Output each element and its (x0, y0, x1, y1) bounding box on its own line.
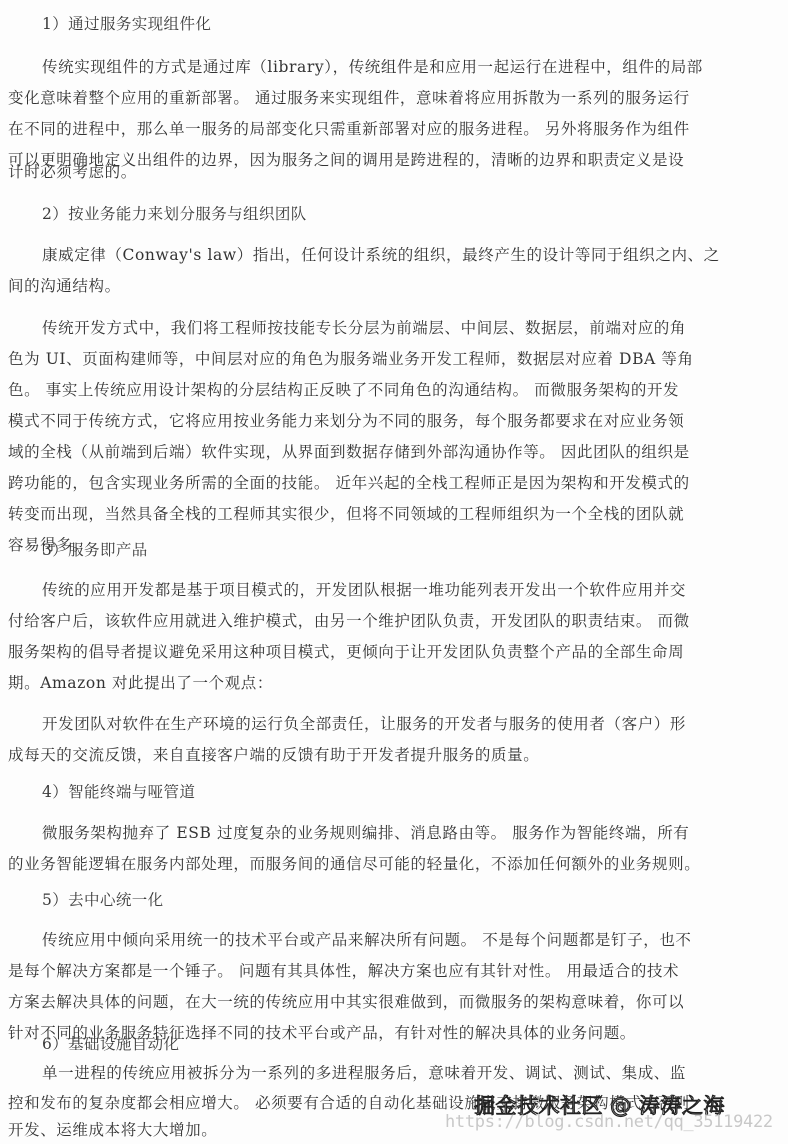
paragraph-line: 色为 UI、页面构建师等，中间层对应的角色为服务端业务开发工程师，数据层对应着 … (8, 349, 772, 369)
watermark-url: https://blog.csdn.net/qq_35119422 (445, 1112, 773, 1132)
section-heading-3: 3）服务即产品 (42, 540, 148, 560)
paragraph-line: 传统开发方式中，我们将工程师按技能专长分层为前端层、中间层、数据层，前端对应的角 (42, 318, 772, 338)
section-heading-6: 6）基础设施自动化 (42, 1034, 179, 1054)
paragraph-line: 服务架构的倡导者提议避免采用这种项目模式，更倾向于让开发团队负责整个产品的全部生… (8, 642, 772, 662)
paragraph-line: 色。 事实上传统应用设计架构的分层结构正反映了不同角色的沟通结构。 而微服务架构… (8, 380, 772, 400)
paragraph-line: 跨功能的，包含实现业务所需的全面的技能。 近年兴起的全栈工程师正是因为架构和开发… (8, 473, 772, 493)
paragraph-line: 变化意味着整个应用的重新部署。 通过服务来实现组件，意味着将应用拆散为一系列的服… (8, 88, 772, 108)
paragraph-line: 转变而出现，当然具备全栈的工程师其实很少，但将不同领域的工程师组织为一个全栈的团… (8, 504, 772, 524)
paragraph-line: 域的全栈（从前端到后端）软件实现，从界面到数据存储到外部沟通协作等。 因此团队的… (8, 442, 772, 462)
section-heading-2: 2）按业务能力来划分服务与组织团队 (42, 204, 307, 224)
scanned-book-page: 1）通过服务实现组件化 传统实现组件的方式是通过库（library），传统组件是… (0, 0, 788, 1144)
paragraph-line: 传统应用中倾向采用统一的技术平台或产品来解决所有问题。 不是每个问题都是钉子，也… (42, 930, 772, 950)
section-heading-5: 5）去中心统一化 (42, 890, 164, 910)
paragraph-line: 传统实现组件的方式是通过库（library），传统组件是和应用一起运行在进程中，… (42, 57, 772, 77)
paragraph-line: 单一进程的传统应用被拆分为一系列的多进程服务后，意味着开发、调试、测试、集成、监 (42, 1063, 772, 1083)
paragraph-line: 传统的应用开发都是基于项目模式的，开发团队根据一堆功能列表开发出一个软件应用并交 (42, 580, 772, 600)
paragraph-line: 康威定律（Conway's law）指出，任何设计系统的组织，最终产生的设计等同… (42, 245, 772, 265)
section-heading-1: 1）通过服务实现组件化 (42, 14, 211, 34)
paragraph-line: 期。Amazon 对此提出了一个观点： (8, 673, 772, 693)
quote-line: 成每天的交流反馈，来自直接客户端的反馈有助于开发者提升服务的质量。 (8, 745, 772, 765)
paragraph-line: 的业务智能逻辑在服务内部处理，而服务间的通信尽可能的轻量化，不添加任何额外的业务… (8, 854, 772, 874)
paragraph-line: 微服务架构抛弃了 ESB 过度复杂的业务规则编排、消息路由等。 服务作为智能终端… (42, 823, 772, 843)
section-heading-4: 4）智能终端与哑管道 (42, 782, 195, 802)
paragraph-line: 是每个解决方案都是一个锤子。 问题有其具体性，解决方案也应有其针对性。 用最适合… (8, 961, 772, 981)
paragraph-line: 间的沟通结构。 (8, 276, 772, 296)
quote-line: 开发团队对软件在生产环境的运行负全部责任，让服务的开发者与服务的使用者（客户）形 (42, 714, 772, 734)
paragraph-line: 计时必须考虑的。 (8, 162, 772, 182)
paragraph-line: 付给客户后，该软件应用就进入维护模式，由另一个维护团队负责，开发团队的职责结束。… (8, 611, 772, 631)
paragraph-line: 方案去解决具体的问题，在大一统的传统应用中其实很难做到，而微服务的架构意味着，你… (8, 992, 772, 1012)
paragraph-line: 模式不同于传统方式，它将应用按业务能力来划分为不同的服务，每个服务都要求在对应业… (8, 411, 772, 431)
paragraph-line: 在不同的进程中，那么单一服务的局部变化只需重新部署对应的服务进程。 另外将服务作… (8, 119, 772, 139)
